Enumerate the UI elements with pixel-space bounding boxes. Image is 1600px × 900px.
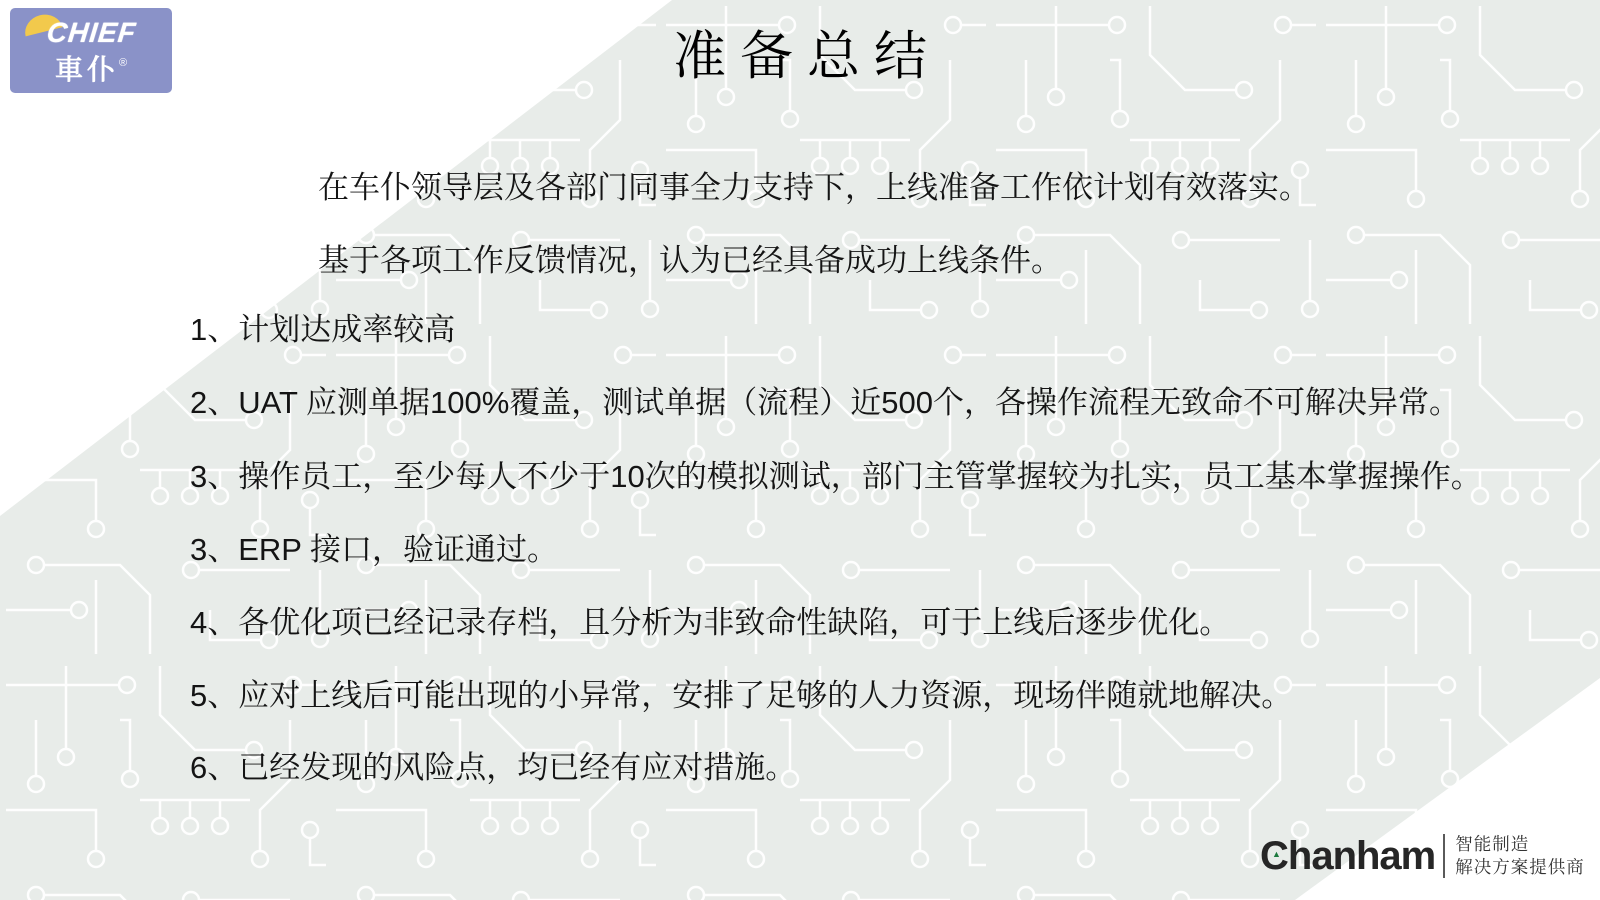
slide-title: 准备总结: [0, 14, 1600, 90]
presentation-slide: CHIEF 車仆® 准备总结 在车仆领导层及各部门同事全力支持下，上线准备工作依…: [0, 0, 1600, 900]
list-item-2: 2、UAT 应测单据100%覆盖，测试单据（流程）近500个，各操作流程无致命不…: [190, 383, 1460, 423]
chanham-logo-text: Chanham: [1260, 834, 1435, 878]
list-item-3: 3、操作员工，至少每人不少于10次的模拟测试，部门主管掌握较为扎实，员工基本掌握…: [190, 457, 1482, 497]
intro-paragraph-1: 在车仆领导层及各部门同事全力支持下，上线准备工作依计划有效落实。: [318, 168, 1310, 208]
intro-paragraph-2: 基于各项工作反馈情况，认为已经具备成功上线条件。: [318, 241, 1062, 281]
list-item-1: 1、计划达成率较高: [190, 310, 455, 350]
list-item-7: 6、已经发现的风险点，均已经有应对措施。: [190, 748, 796, 788]
list-item-4: 3、ERP 接口，验证通过。: [190, 530, 558, 570]
list-item-5: 4、各优化项已经记录存档，且分析为非致命性缺陷，可于上线后逐步优化。: [190, 603, 1230, 643]
chanham-separator: [1443, 834, 1445, 878]
chanham-sprout-icon: ▲: [1272, 850, 1281, 859]
chanham-tagline-line1: 智能制造: [1455, 833, 1585, 856]
list-item-6: 5、应对上线后可能出现的小异常，安排了足够的人力资源，现场伴随就地解决。: [190, 676, 1292, 716]
chanham-tagline-line2: 解决方案提供商: [1455, 856, 1585, 879]
chanham-logo: Chanham ▲ 智能制造 解决方案提供商: [1260, 833, 1585, 879]
